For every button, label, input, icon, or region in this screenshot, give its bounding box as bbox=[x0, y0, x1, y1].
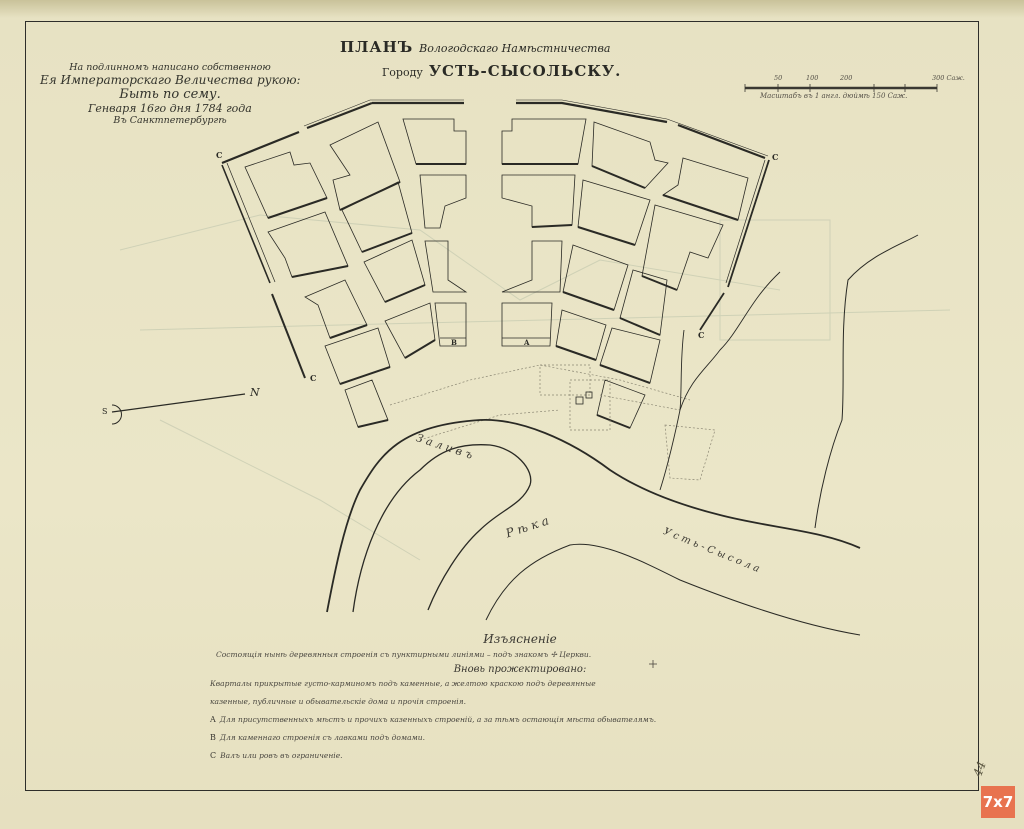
legend-item-b: BДля каменнаго строенія съ лавками подъ … bbox=[210, 729, 830, 747]
watermark-logo: 7x7 bbox=[981, 786, 1015, 818]
title-governorship: Вологодскаго Намѣстничества bbox=[419, 42, 610, 55]
city-blocks bbox=[245, 119, 748, 428]
scale-tick-50: 50 bbox=[774, 74, 782, 82]
title-plan-word: ПЛАНЪ bbox=[340, 38, 413, 56]
inscription-line-1: На подлинномъ написано собственною bbox=[40, 62, 300, 73]
scale-tick-100: 100 bbox=[806, 74, 818, 82]
existing-structures-dotted bbox=[390, 365, 715, 480]
legend-text-a: Для присутственныхъ мѣстъ и прочихъ казе… bbox=[220, 715, 656, 724]
plan-title: ПЛАНЪВологодскаго Намѣстничества bbox=[340, 38, 610, 56]
legend-heading: Изъясненіе bbox=[210, 632, 830, 646]
legend-quarters-note: Кварталы прикрытые густо-карминомъ подъ … bbox=[210, 675, 830, 693]
compass-south-label: S bbox=[102, 407, 107, 416]
legend-existing-note: Состоящія нынѣ деревянныя строенія съ пу… bbox=[210, 646, 830, 664]
plan-subtitle: ГородуУСТЬ-СЫСОЛЬСКУ. bbox=[382, 62, 621, 80]
block-b-label: B bbox=[451, 338, 457, 347]
inscription-place: Въ Санктпетербургѣ bbox=[40, 115, 300, 126]
scale-caption: Масштабъ въ 1 англ. дюймѣ 150 Саж. bbox=[760, 92, 907, 100]
wall-marker-c-nw: C bbox=[216, 150, 222, 160]
block-a-label: A bbox=[524, 338, 529, 347]
imperial-inscription: На подлинномъ написано собственною Ея Им… bbox=[40, 62, 300, 126]
legend-key-c: C bbox=[210, 751, 216, 760]
title-city-name: УСТЬ-СЫСОЛЬСКУ. bbox=[429, 62, 621, 80]
legend-key-b: B bbox=[210, 733, 216, 742]
legend-buildings-note: казенные, публичные и обывательскіе дома… bbox=[210, 693, 830, 711]
wall-marker-c-ne: C bbox=[772, 152, 778, 162]
compass-needle-icon bbox=[112, 394, 245, 424]
title-city-word: Городу bbox=[382, 66, 423, 79]
legend-subheading: Вновь прожектировано: bbox=[210, 664, 830, 675]
scale-bar bbox=[745, 84, 937, 92]
legend-text-b: Для каменнаго строенія съ лавками подъ д… bbox=[220, 733, 425, 742]
compass-north-label: N bbox=[250, 386, 260, 399]
legend: Изъясненіе Состоящія нынѣ деревянныя стр… bbox=[210, 632, 830, 765]
bleed-through-lines bbox=[120, 215, 950, 560]
legend-key-a: A bbox=[210, 715, 216, 724]
rampart-wall bbox=[222, 100, 769, 378]
legend-text-c: Валъ или ровъ въ ограниченіе. bbox=[220, 751, 342, 760]
legend-item-a: AДля присутственныхъ мѣстъ и прочихъ каз… bbox=[210, 711, 830, 729]
church-icon bbox=[576, 392, 592, 404]
wall-marker-c-se: C bbox=[698, 330, 704, 340]
scale-tick-200: 200 bbox=[840, 74, 852, 82]
inscription-line-3: Быть по сему. bbox=[40, 87, 300, 102]
river-banks bbox=[327, 235, 918, 635]
inscription-line-2: Ея Императорскаго Величества рукою: bbox=[40, 73, 300, 87]
scale-tick-300: 300 Саж. bbox=[932, 74, 965, 82]
inscription-date: Генваря 16го дня 1784 года bbox=[40, 102, 300, 115]
wall-marker-c-sw: C bbox=[310, 373, 316, 383]
legend-item-c: CВалъ или ровъ въ ограниченіе. bbox=[210, 747, 830, 765]
